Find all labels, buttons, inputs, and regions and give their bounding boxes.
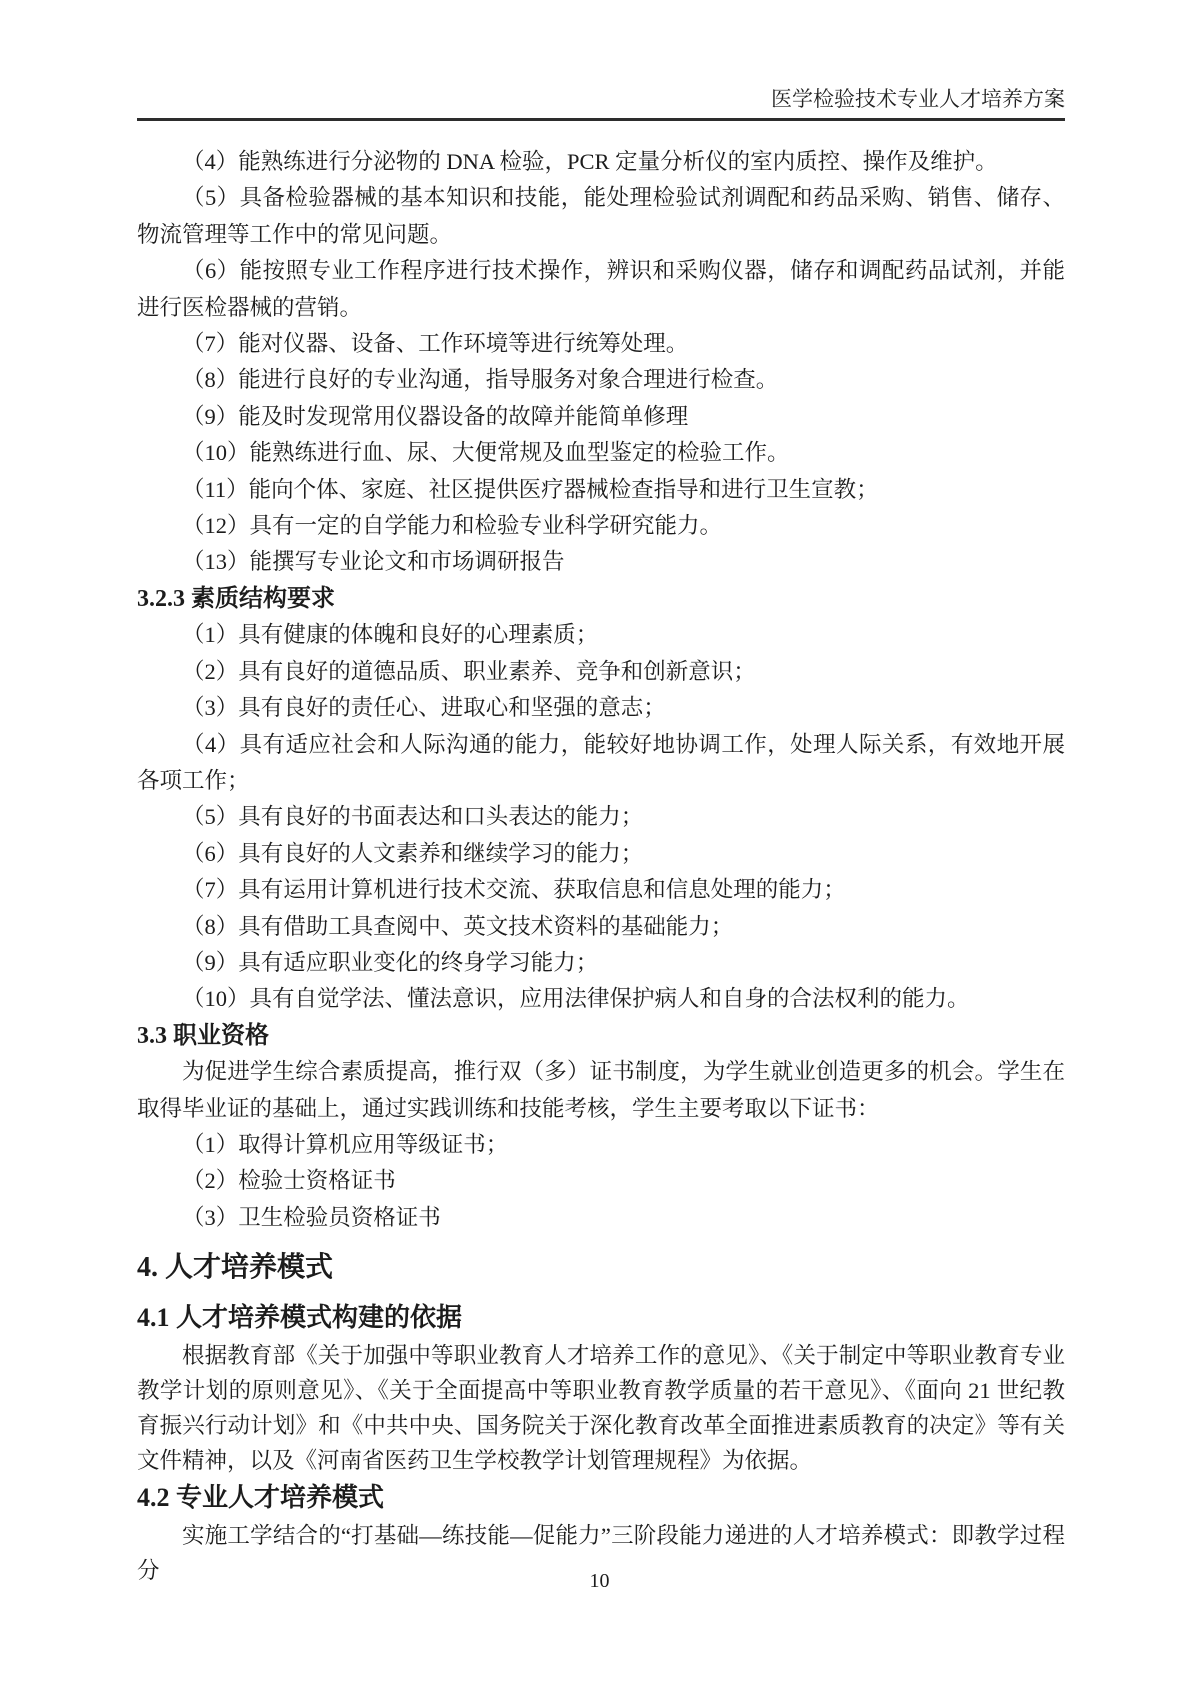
section-heading: 3.3 职业资格 [137,1018,1065,1054]
list-item: （7）具有运用计算机进行技术交流、获取信息和信息处理的能力； [137,872,1065,908]
sub-heading: 4.1 人才培养模式构建的依据 [137,1298,1065,1338]
list-item: （2）检验士资格证书 [137,1163,1065,1199]
list-item: （8）能进行良好的专业沟通，指导服务对象合理进行检查。 [137,362,1065,398]
document-page: 医学检验技术专业人才培养方案 （4）能熟练进行分泌物的 DNA 检验，PCR 定… [0,0,1199,1696]
list-item: （11）能向个体、家庭、社区提供医疗器械检查指导和进行卫生宣教； [137,472,1065,508]
page-header: 医学检验技术专业人才培养方案 [137,84,1065,121]
paragraph: 为促进学生综合素质提高，推行双（多）证书制度，为学生就业创造更多的机会。学生在取… [137,1054,1065,1127]
list-item: （1）具有健康的体魄和良好的心理素质； [137,617,1065,653]
list-item: （4）具有适应社会和人际沟通的能力，能较好地协调工作，处理人际关系，有效地开展各… [137,727,1065,800]
sub-heading: 4.2 专业人才培养模式 [137,1478,1065,1518]
chapter-heading: 4. 人才培养模式 [137,1248,1065,1288]
list-item: （8）具有借助工具查阅中、英文技术资料的基础能力； [137,909,1065,945]
list-item: （5）具备检验器械的基本知识和技能，能处理检验试剂调配和药品采购、销售、储存、物… [137,180,1065,253]
page-number: 10 [590,1570,610,1592]
paragraph: 根据教育部《关于加强中等职业教育人才培养工作的意见》、《关于制定中等职业教育专业… [137,1338,1065,1478]
list-item: （1）取得计算机应用等级证书； [137,1127,1065,1163]
list-item: （9）具有适应职业变化的终身学习能力； [137,945,1065,981]
document-body: （4）能熟练进行分泌物的 DNA 检验，PCR 定量分析仪的室内质控、操作及维护… [137,144,1065,1588]
list-item: （13）能撰写专业论文和市场调研报告 [137,544,1065,580]
header-title: 医学检验技术专业人才培养方案 [771,87,1065,111]
list-item: （3）具有良好的责任心、进取心和坚强的意志； [137,690,1065,726]
list-item: （9）能及时发现常用仪器设备的故障并能简单修理 [137,399,1065,435]
section-heading: 3.2.3 素质结构要求 [137,581,1065,617]
page-footer: 10 [0,1570,1199,1593]
list-item: （4）能熟练进行分泌物的 DNA 检验，PCR 定量分析仪的室内质控、操作及维护… [137,144,1065,180]
list-item: （6）具有良好的人文素养和继续学习的能力； [137,836,1065,872]
list-item: （10）具有自觉学法、懂法意识，应用法律保护病人和自身的合法权利的能力。 [137,981,1065,1017]
list-item: （2）具有良好的道德品质、职业素养、竞争和创新意识； [137,654,1065,690]
list-item: （3）卫生检验员资格证书 [137,1200,1065,1236]
list-item: （5）具有良好的书面表达和口头表达的能力； [137,799,1065,835]
list-item: （10）能熟练进行血、尿、大便常规及血型鉴定的检验工作。 [137,435,1065,471]
list-item: （6）能按照专业工作程序进行技术操作，辨识和采购仪器，储存和调配药品试剂，并能进… [137,253,1065,326]
list-item: （7）能对仪器、设备、工作环境等进行统筹处理。 [137,326,1065,362]
list-item: （12）具有一定的自学能力和检验专业科学研究能力。 [137,508,1065,544]
